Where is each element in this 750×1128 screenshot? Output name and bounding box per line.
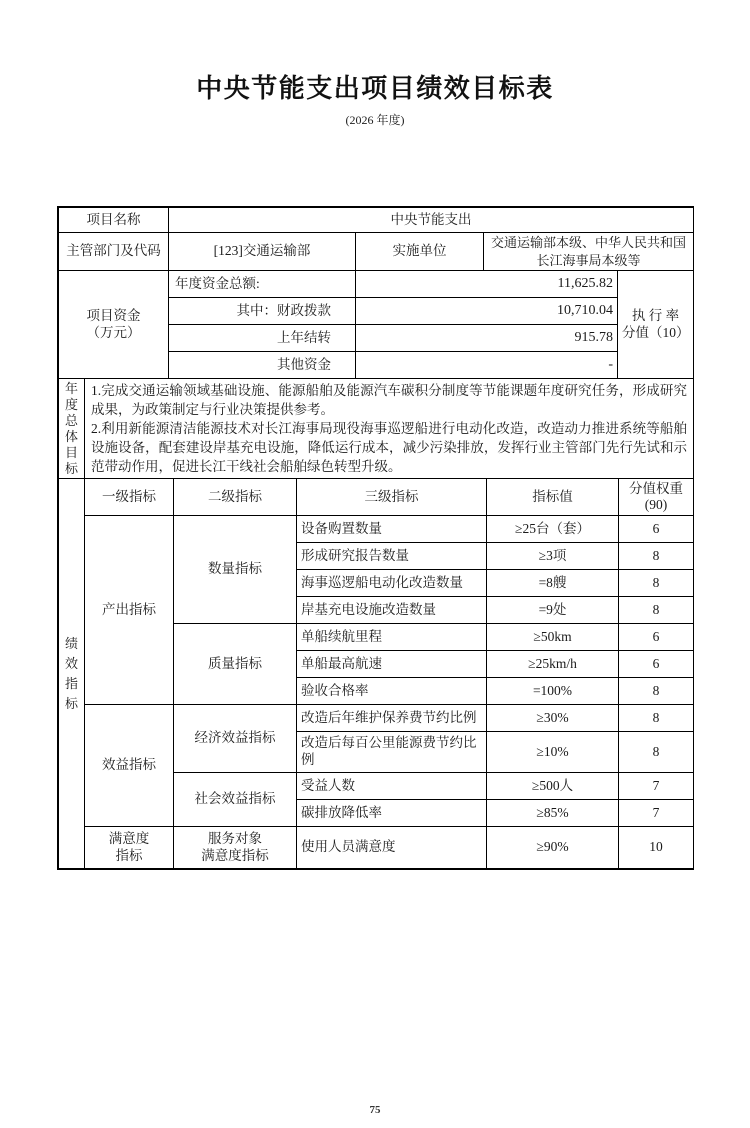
indicators-table: 绩效指标 一级指标 二级指标 三级指标 指标值 分值权重 (90) 产出指标 数…: [58, 478, 694, 869]
project-name-label: 项目名称: [59, 208, 169, 233]
project-info-table: 项目名称 中央节能支出 主管部门及代码 [123]交通运输部 实施单位 交通运输…: [58, 207, 694, 379]
header-value: 指标值: [487, 479, 619, 516]
header-weight: 分值权重 (90): [619, 479, 694, 516]
project-name-value: 中央节能支出: [169, 208, 694, 233]
indicator-weight: 6: [619, 516, 694, 543]
indicator-value: ≥85%: [487, 800, 619, 827]
indicator-value: ≥50km: [487, 624, 619, 651]
indicator-weight: 7: [619, 773, 694, 800]
page-subtitle: (2026 年度): [0, 111, 750, 128]
level1-benefit: 效益指标: [85, 705, 174, 827]
level2-quality: 质量指标: [174, 624, 297, 705]
level1-satisfaction: 满意度 指标: [85, 827, 174, 869]
indicator-value: ≥90%: [487, 827, 619, 869]
indicator-value: ≥500人: [487, 773, 619, 800]
header-level2: 二级指标: [174, 479, 297, 516]
indicator-name: 验收合格率: [297, 678, 487, 705]
page-title: 中央节能支出项目绩效目标表: [0, 68, 750, 105]
annual-goal-label: 年度总体目标: [59, 379, 85, 479]
indicator-value: ≥25台（套）: [487, 516, 619, 543]
indicator-weight: 6: [619, 651, 694, 678]
level1-output: 产出指标: [85, 516, 174, 705]
indicator-value: ≥25km/h: [487, 651, 619, 678]
funding-row-label: 年度资金总额:: [169, 271, 356, 298]
indicator-value: =100%: [487, 678, 619, 705]
indicator-name: 设备购置数量: [297, 516, 487, 543]
indicator-name: 改造后年维护保养费节约比例: [297, 705, 487, 732]
table-row: 项目资金 （万元） 年度资金总额: 11,625.82 执 行 率 分值（10）: [59, 271, 694, 298]
indicator-weight: 6: [619, 624, 694, 651]
level2-social: 社会效益指标: [174, 773, 297, 827]
level2-service-satisfaction: 服务对象 满意度指标: [174, 827, 297, 869]
table-row: 满意度 指标 服务对象 满意度指标 使用人员满意度 ≥90% 10: [59, 827, 694, 869]
indicator-name: 受益人数: [297, 773, 487, 800]
indicator-weight: 8: [619, 543, 694, 570]
impl-unit-value: 交通运输部本级、中华人民共和国长江海事局本级等: [484, 233, 694, 271]
indicator-weight: 8: [619, 570, 694, 597]
funding-row-label: 其他资金: [169, 352, 356, 379]
table-row: 主管部门及代码 [123]交通运输部 实施单位 交通运输部本级、中华人民共和国长…: [59, 233, 694, 271]
indicator-weight: 8: [619, 597, 694, 624]
indicator-weight: 10: [619, 827, 694, 869]
indicator-weight: 7: [619, 800, 694, 827]
indicator-value: =9处: [487, 597, 619, 624]
indicator-name: 改造后每百公里能源费节约比例: [297, 732, 487, 773]
annual-goal-table: 年度总体目标 1.完成交通运输领域基础设施、能源船舶及能源汽车碳积分制度等节能课…: [58, 378, 694, 479]
indicator-weight: 8: [619, 732, 694, 773]
indicators-side-label: 绩效指标: [59, 479, 85, 869]
indicator-name: 使用人员满意度: [297, 827, 487, 869]
funding-row-label: 上年结转: [169, 325, 356, 352]
indicator-name: 岸基充电设施改造数量: [297, 597, 487, 624]
dept-value: [123]交通运输部: [169, 233, 356, 271]
indicator-value: ≥30%: [487, 705, 619, 732]
header-level3: 三级指标: [297, 479, 487, 516]
execution-rate-label: 执 行 率 分值（10）: [618, 271, 694, 379]
annual-goal-text: 1.完成交通运输领域基础设施、能源船舶及能源汽车碳积分制度等节能课题年度研究任务…: [85, 379, 694, 479]
funding-row-value: -: [356, 352, 618, 379]
funding-row-value: 10,710.04: [356, 298, 618, 325]
indicator-name: 海事巡逻船电动化改造数量: [297, 570, 487, 597]
indicator-value: =8艘: [487, 570, 619, 597]
funding-row-value: 915.78: [356, 325, 618, 352]
level2-quantity: 数量指标: [174, 516, 297, 624]
dept-label: 主管部门及代码: [59, 233, 169, 271]
indicator-name: 单船续航里程: [297, 624, 487, 651]
header-level1: 一级指标: [85, 479, 174, 516]
indicator-weight: 8: [619, 678, 694, 705]
performance-target-table: 项目名称 中央节能支出 主管部门及代码 [123]交通运输部 实施单位 交通运输…: [57, 206, 694, 870]
funding-row-value: 11,625.82: [356, 271, 618, 298]
indicators-header-row: 绩效指标 一级指标 二级指标 三级指标 指标值 分值权重 (90): [59, 479, 694, 516]
funding-row-label: 其中：财政拨款: [169, 298, 356, 325]
indicator-name: 单船最高航速: [297, 651, 487, 678]
indicator-name: 形成研究报告数量: [297, 543, 487, 570]
indicator-value: ≥3项: [487, 543, 619, 570]
table-row: 年度总体目标 1.完成交通运输领域基础设施、能源船舶及能源汽车碳积分制度等节能课…: [59, 379, 694, 479]
impl-unit-label: 实施单位: [356, 233, 484, 271]
indicator-value: ≥10%: [487, 732, 619, 773]
page-number: 75: [0, 1104, 750, 1116]
indicator-name: 碳排放降低率: [297, 800, 487, 827]
funding-section-label: 项目资金 （万元）: [59, 271, 169, 379]
table-row: 产出指标 数量指标 设备购置数量 ≥25台（套） 6: [59, 516, 694, 543]
table-row: 效益指标 经济效益指标 改造后年维护保养费节约比例 ≥30% 8: [59, 705, 694, 732]
table-row: 项目名称 中央节能支出: [59, 208, 694, 233]
level2-economic: 经济效益指标: [174, 705, 297, 773]
indicator-weight: 8: [619, 705, 694, 732]
